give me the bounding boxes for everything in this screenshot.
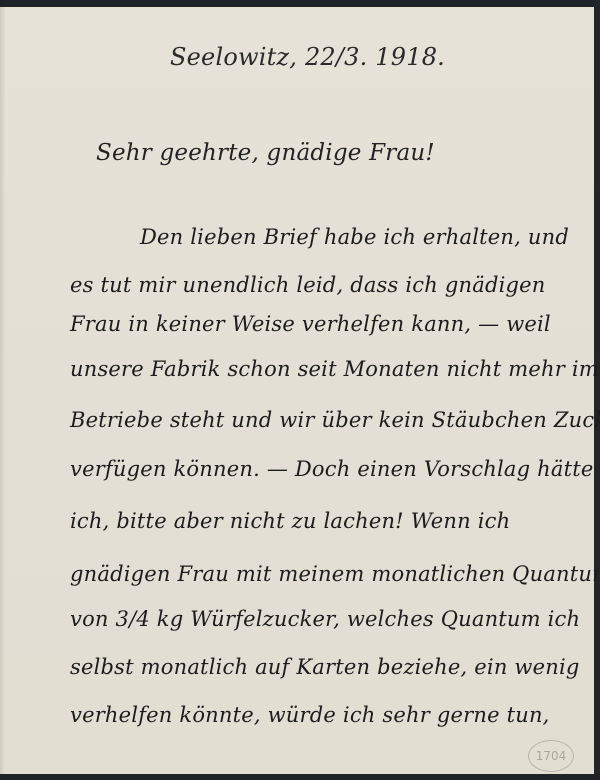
body-line: unsere Fabrik schon seit Monaten nicht m…	[70, 357, 599, 381]
body-line: ich, bitte aber nicht zu lachen! Wenn ic…	[70, 509, 510, 533]
archive-stamp: 1704	[528, 740, 574, 772]
body-line: Betriebe steht und wir über kein Stäubch…	[70, 408, 600, 432]
body-line: verfügen können. — Doch einen Vorschlag …	[70, 457, 594, 481]
body-line: es tut mir unendlich leid, dass ich gnäd…	[70, 273, 546, 297]
body-line: Den lieben Brief habe ich erhalten, und	[140, 225, 569, 249]
body-line: von 3/4 kg Würfelzucker, welches Quantum…	[70, 607, 580, 631]
scan-frame-top	[0, 0, 600, 7]
page-fold-shadow	[0, 7, 5, 774]
body-line: gnädigen Frau mit meinem monatlichen Qua…	[70, 562, 600, 586]
letter-dateline: Seelowitz, 22/3. 1918.	[170, 43, 445, 71]
letter-salutation: Sehr geehrte, gnädige Frau!	[96, 140, 435, 166]
body-line: selbst monatlich auf Karten beziehe, ein…	[70, 655, 580, 679]
letter-page: Seelowitz, 22/3. 1918. Sehr geehrte, gnä…	[0, 7, 594, 774]
body-line: verhelfen könnte, würde ich sehr gerne t…	[70, 703, 550, 727]
scan-frame-right	[594, 0, 600, 780]
body-line: Frau in keiner Weise verhelfen kann, — w…	[70, 312, 551, 336]
scan-frame-bottom	[0, 774, 600, 780]
